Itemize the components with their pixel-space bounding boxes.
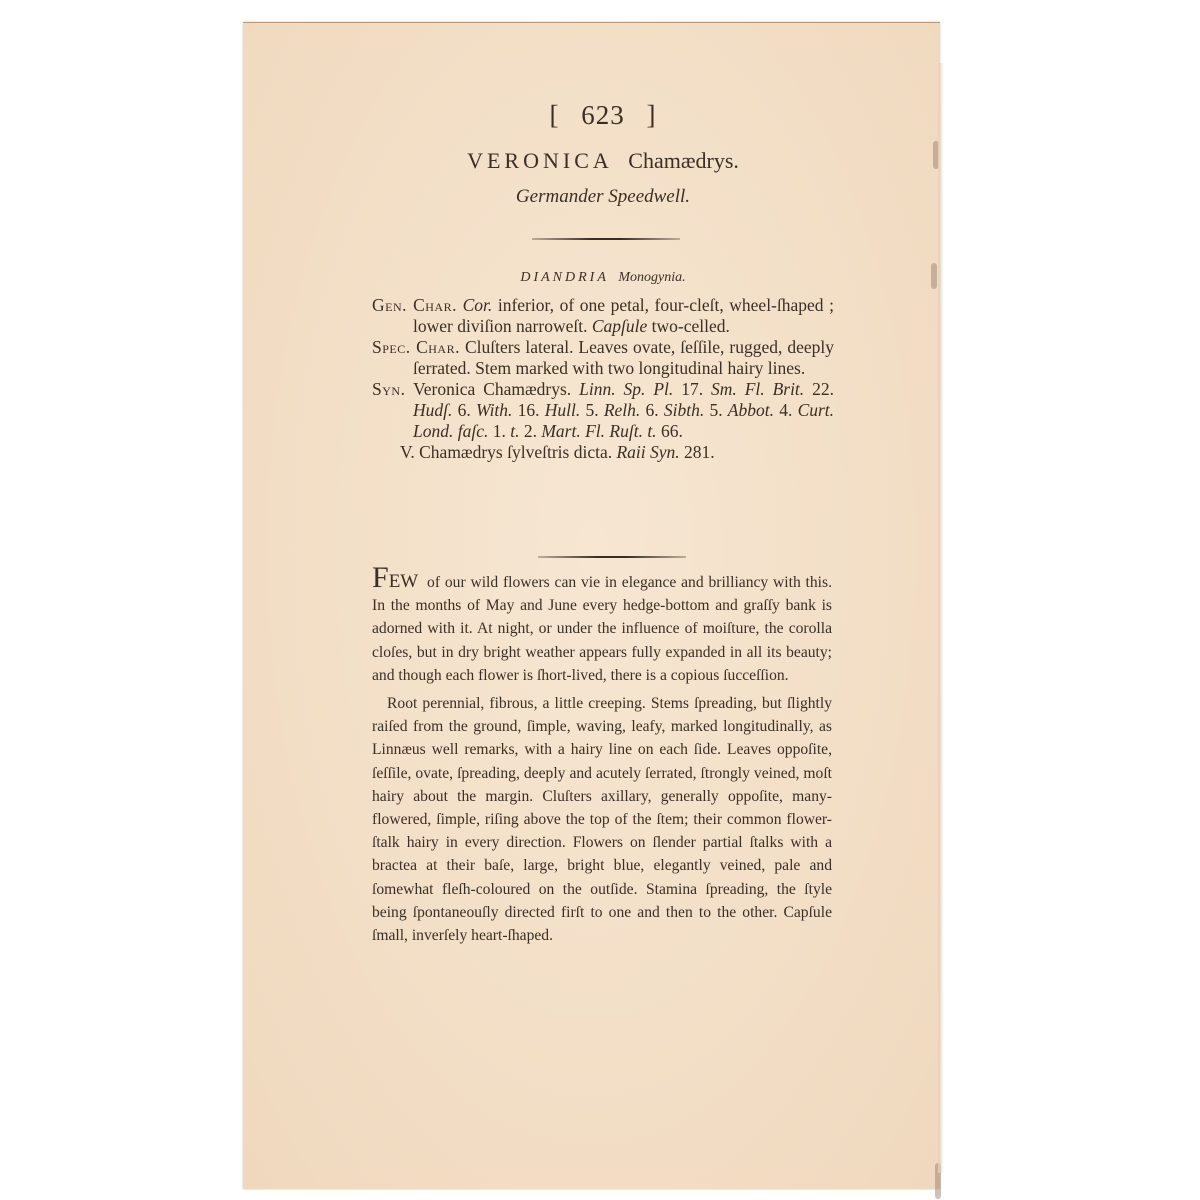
syn-ref-abbr: Hull. (545, 400, 581, 420)
page-title: VERONICA Chamædrys. (372, 148, 834, 174)
description-body: FEW of our wild flowers can vie in elega… (372, 568, 832, 952)
species-name: Chamædrys. (628, 148, 739, 173)
divider-rule (532, 238, 680, 240)
syn-ref-num: 22. (804, 379, 834, 399)
syn-ref-num: 1. (488, 421, 510, 441)
syn-ref-num: 66. (657, 421, 683, 441)
syn2-name: V. Chamædrys ſylveſtris dicta. (400, 442, 616, 462)
paper-stain (931, 263, 937, 289)
syn-ref-num: 6. (452, 400, 476, 420)
syn-ref-num: 6. (640, 400, 664, 420)
genus-name: VERONICA (467, 148, 613, 173)
classification: DIANDRIA Monogynia. (372, 270, 834, 286)
syn-ref-num: 5. (580, 400, 604, 420)
gen-char-italic-2: Capſule (592, 316, 647, 336)
common-name: Germander Speedwell. (372, 186, 834, 208)
syn2-abbr: Raii Syn. (616, 442, 679, 462)
paper-stain (933, 141, 939, 169)
drop-cap: F (372, 561, 389, 594)
syn-label: Syn. (372, 379, 405, 399)
syn-ref-abbr: Linn. Sp. Pl. (579, 379, 673, 399)
gen-char-label: Gen. Char. (372, 295, 457, 315)
gen-char-italic-1: Cor. (463, 295, 493, 315)
spec-char-label: Spec. Char. (372, 337, 460, 357)
paragraph-intro: FEW of our wild flowers can vie in elega… (372, 568, 832, 687)
syn2-num: 281. (680, 442, 715, 462)
syn-name: Veronica Chamædrys. (405, 379, 579, 399)
syn-ref-abbr: With. (476, 400, 512, 420)
divider-rule (538, 556, 686, 558)
small-caps-lead: EW (389, 571, 419, 592)
syn-ref-abbr: Hudſ. (413, 400, 452, 420)
syn-ref-num: 17. (673, 379, 711, 399)
specific-character: Spec. Char. Cluſters lateral. Leaves ova… (372, 337, 834, 379)
paper-stain (935, 1163, 941, 1199)
generic-character: Gen. Char. Cor. inferior, of one petal, … (372, 295, 834, 337)
syn-ref-abbr: Sibth. (664, 400, 704, 420)
syn-ref-num: 16. (512, 400, 544, 420)
order-name: Monogynia. (618, 270, 685, 285)
syn-ref-num: 5. (704, 400, 728, 420)
syn-ref-abbr: Mart. Fl. Ruſt. t. (541, 421, 656, 441)
gen-char-text-2: two-celled. (647, 316, 730, 336)
synonymy-secondary: V. Chamædrys ſylveſtris dicta. Raii Syn.… (372, 442, 834, 463)
syn-ref-abbr: Relh. (604, 400, 640, 420)
page-number: [ 623 ] (372, 100, 834, 131)
spec-char-text: Cluſters lateral. Leaves ovate, ſeſſile,… (413, 337, 834, 378)
class-name: DIANDRIA (520, 270, 609, 285)
definitions: Gen. Char. Cor. inferior, of one petal, … (372, 295, 834, 463)
synonymy: Syn. Veronica Chamædrys. Linn. Sp. Pl. 1… (372, 379, 834, 442)
paragraph-description: Root perennial, fibrous, a little creepi… (372, 692, 832, 947)
syn-ref-num: 4. (774, 400, 798, 420)
syn-ref-abbr: Sm. Fl. Brit. (711, 379, 804, 399)
syn-ref-num: 2. (519, 421, 541, 441)
syn-ref-abbr: Abbot. (728, 400, 774, 420)
paragraph-intro-text: of our wild flowers can vie in elegance … (372, 574, 832, 684)
